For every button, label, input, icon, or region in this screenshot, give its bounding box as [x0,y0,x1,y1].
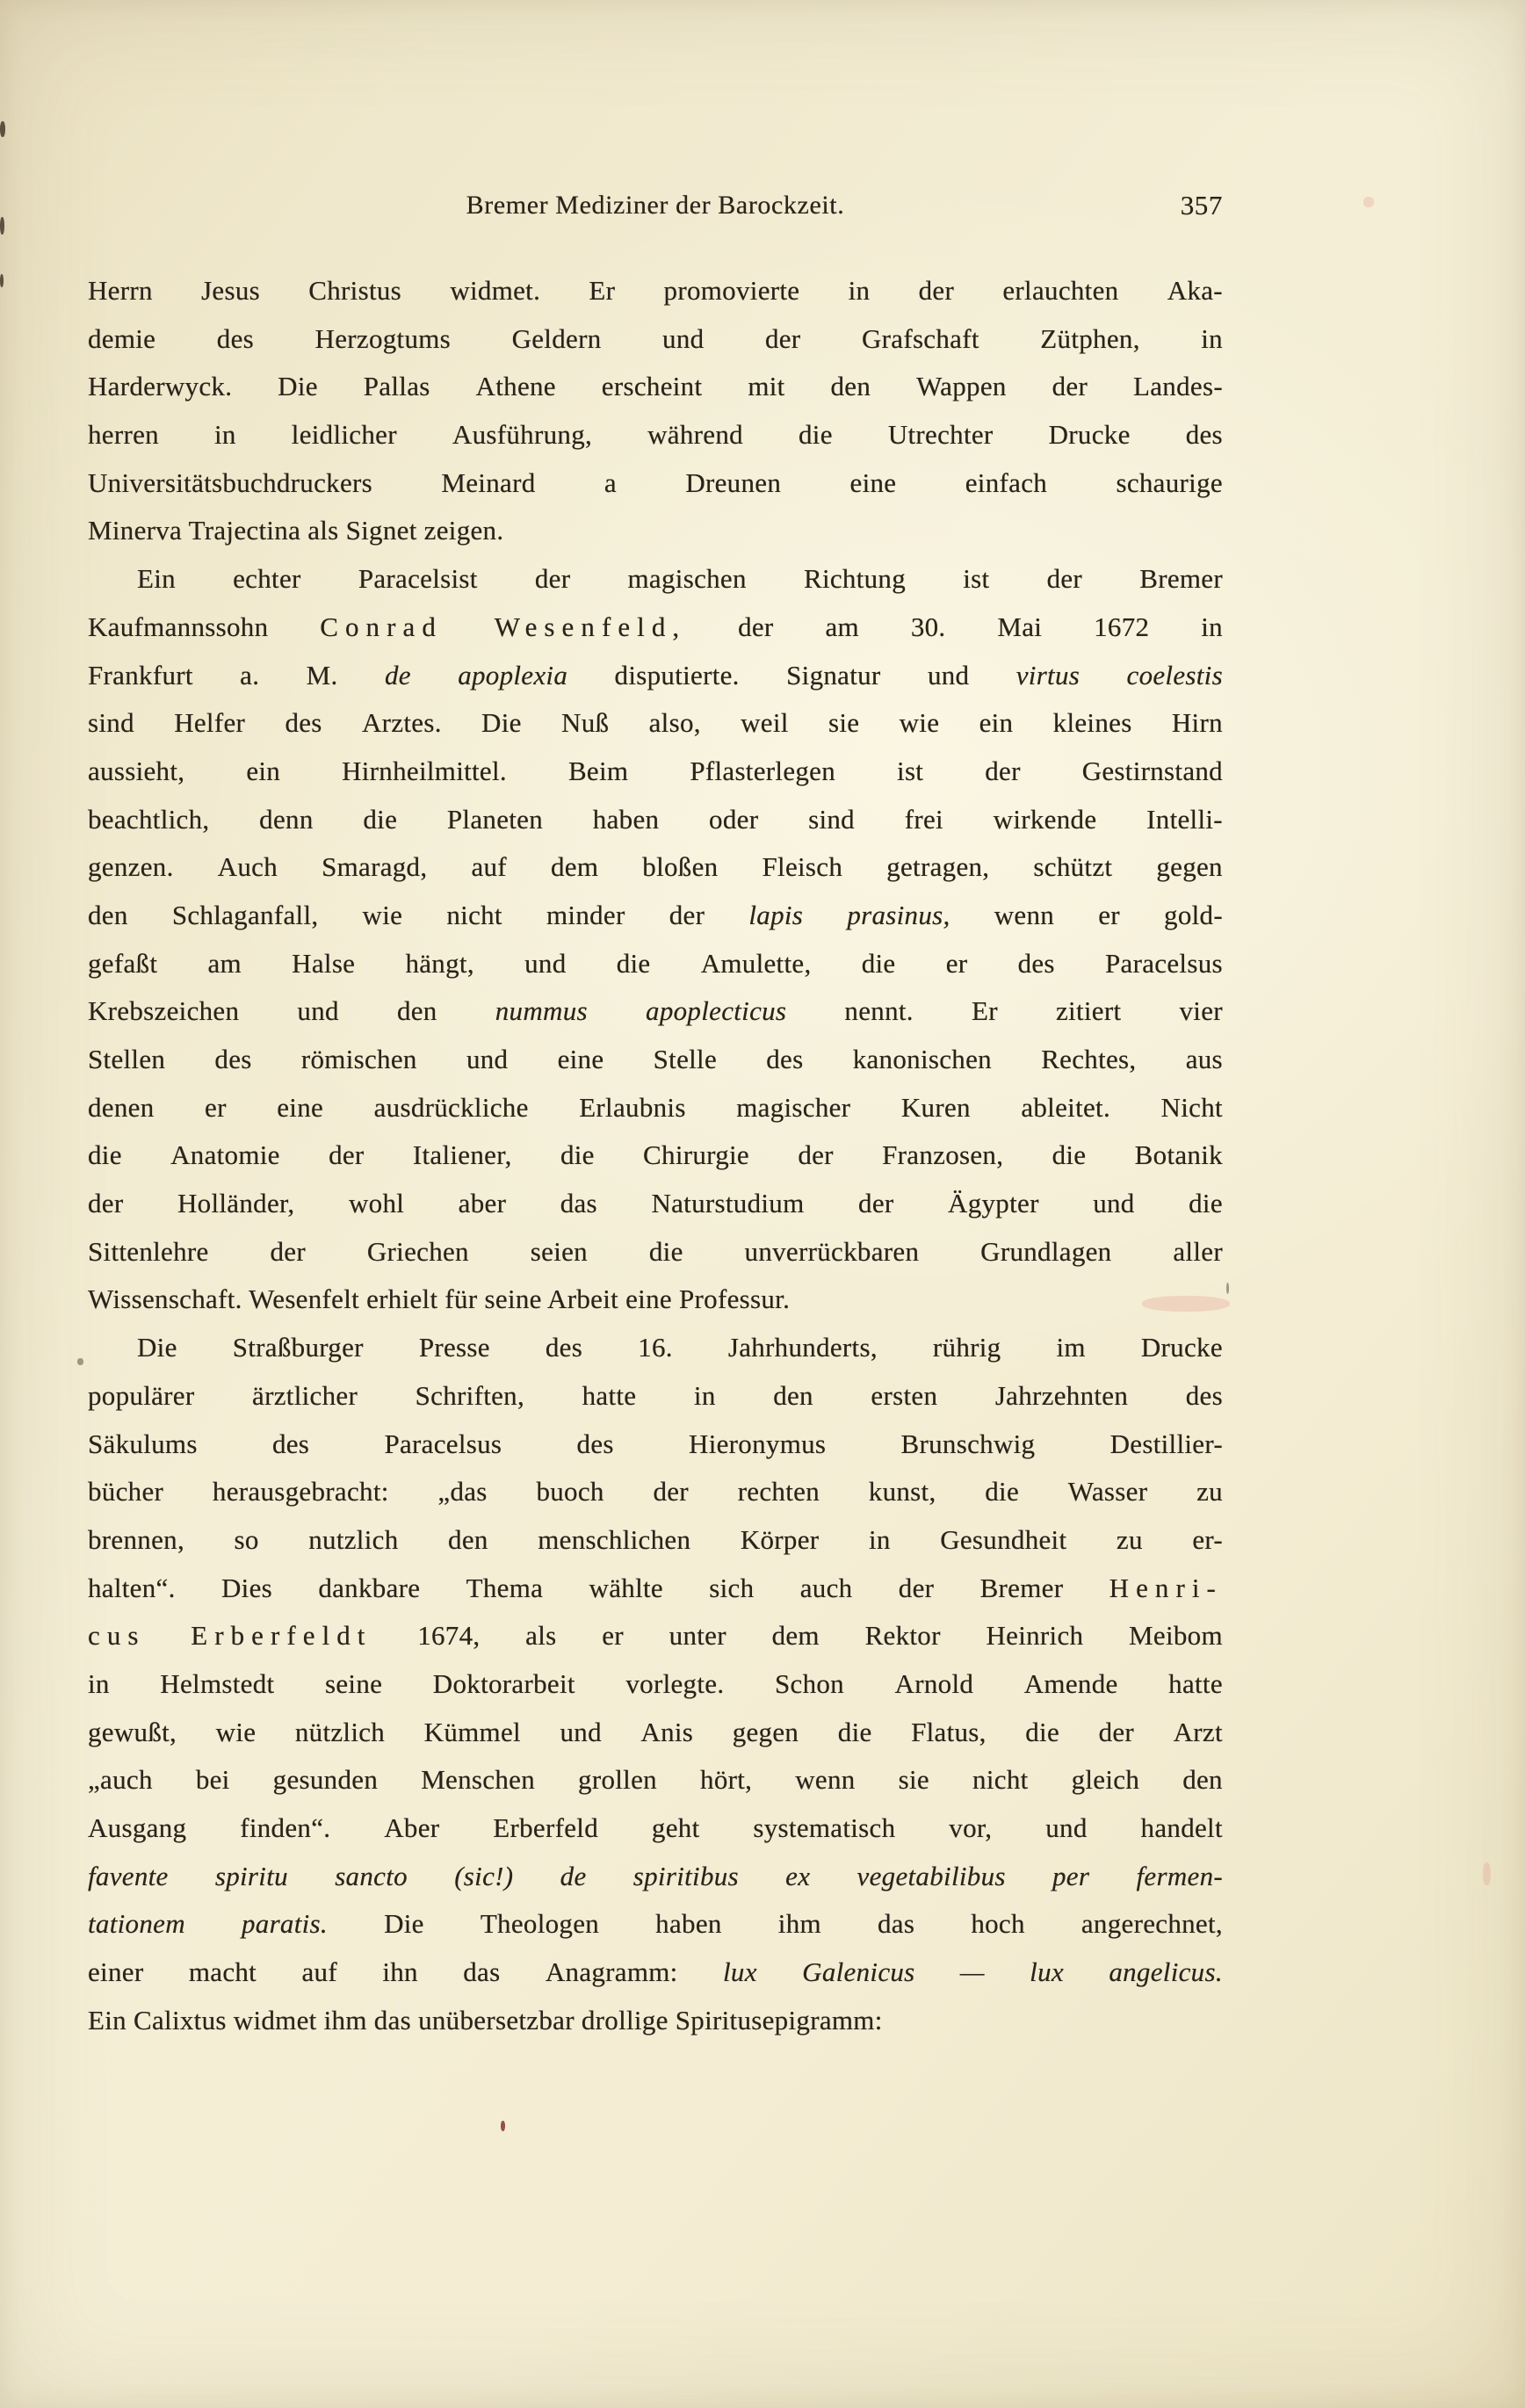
word: der [798,1132,833,1180]
word: kunst, [869,1468,936,1516]
word: der [88,1180,123,1228]
word: per [1052,1853,1089,1901]
word: Pflasterlegen [690,748,835,796]
word: Erlaubnis [579,1084,686,1132]
word: des [577,1421,614,1469]
text-line: aussieht,einHirnheilmittel.BeimPflasterl… [88,748,1223,796]
word: Flatus, [911,1709,987,1757]
word: handelt [1141,1804,1223,1853]
book-page: Bremer Mediziner der Barockzeit. 357 Her… [0,0,1525,2408]
word: Rechtes, [1041,1036,1136,1084]
word: magischen [628,555,747,604]
text-line: SäkulumsdesParacelsusdesHieronymusBrunsc… [88,1421,1223,1469]
word: geht [652,1804,700,1853]
word: Aber [384,1804,439,1853]
word: die [862,940,896,988]
word: die [88,1132,122,1180]
text-segment: Wissenschaft. Wesenfelt erhielt für sein… [88,1284,790,1314]
word: Theologen [481,1900,599,1949]
word: Halse [292,940,355,988]
word: ersten [871,1372,937,1421]
word: in [849,267,871,315]
word: sancto [335,1853,408,1901]
word: dem [772,1612,820,1660]
word: Er [589,267,615,315]
word: nutzlich [308,1516,398,1565]
word: grollen [578,1756,657,1804]
word: der [270,1228,305,1276]
word: Amulette, [701,940,812,988]
word: Helmstedt [160,1660,274,1709]
text-line: faventespiritusancto(sic!)despiritibusex… [88,1853,1223,1901]
text-line: tationemparatis.DieTheologenhabenihmdash… [88,1900,1223,1949]
word: das [560,1180,597,1228]
word: Meibom [1129,1612,1223,1660]
word: dankbare [318,1565,420,1613]
word: so [235,1516,259,1565]
text-line: populärerärztlicherSchriften,hatteindene… [88,1372,1223,1421]
word: ausdrückliche [374,1084,529,1132]
word: „das [437,1468,487,1516]
word: gesunden [273,1756,378,1804]
word: Schlaganfall, [172,892,319,940]
word: einfach [965,459,1047,508]
word: und [524,940,566,988]
word: (sic!) [454,1853,513,1901]
word: schaurige [1116,459,1222,508]
paragraph: DieStraßburgerPressedes16.Jahrhunderts,r… [88,1324,1223,2044]
word: er [946,940,968,988]
word: römischen [301,1036,417,1084]
word: des [285,699,322,748]
text-line: cusErberfeldt1674,alserunterdemRektorHei… [88,1612,1223,1660]
text-line: brennen,sonutzlichdenmenschlichenKörperi… [88,1516,1223,1565]
word: den [830,363,871,411]
text-line: gewußt,wienützlichKümmelundAnisgegendieF… [88,1709,1223,1757]
word: und [928,652,969,700]
word: prasinus, [847,892,950,940]
word: aus [1186,1036,1223,1084]
word: hatte [582,1372,637,1421]
word: hoch [971,1900,1024,1949]
scan-speck-left-3 [0,274,4,287]
word: Naturstudium [651,1180,804,1228]
word: Paracelsus [1105,940,1223,988]
page-number: 357 [1181,186,1223,225]
word: — [960,1949,985,1997]
word: Die [278,363,318,411]
word: die [617,940,651,988]
word: angelicus. [1109,1949,1223,1997]
pink-smudge-2 [1363,197,1374,207]
word: ableitet. [1021,1084,1110,1132]
word: der [738,604,773,652]
word: Arnold [895,1660,974,1709]
word: rechten [738,1468,820,1516]
word: Anis [640,1709,693,1757]
word: und [1093,1180,1134,1228]
word: des [214,1036,251,1084]
word: Christus [308,267,401,315]
stray-tick-right-margin [1226,1283,1229,1294]
word: 1672 [1094,604,1149,652]
word: die [838,1709,872,1757]
word: gewußt, [88,1709,177,1757]
word: Signatur [786,652,880,700]
text-line: „auchbeigesundenMenschengrollenhört,wenn… [88,1756,1223,1804]
word: beachtlich, [88,796,209,844]
word: gold- [1164,892,1223,940]
word: Wasser [1068,1468,1148,1516]
word: aber [459,1180,507,1228]
word: ex [785,1853,810,1901]
text-line: KaufmannssohnConradWesenfeld,deram30.Mai… [88,604,1223,652]
word: in [694,1372,716,1421]
word: einer [88,1949,143,1997]
word: populärer [88,1372,194,1421]
word: Menschen [421,1756,535,1804]
word: Ägypter [948,1180,1039,1228]
word: das [463,1949,500,1997]
word: gegen [733,1709,799,1757]
word: paratis. [242,1900,328,1949]
word: Ausgang [88,1804,186,1853]
word: sie [899,1756,929,1804]
text-line: bücherherausgebracht:„dasbuochderrechten… [88,1468,1223,1516]
word: Jesus [201,267,260,315]
word: den [88,892,128,940]
word: also, [649,699,701,748]
word: sind [88,699,134,748]
word: der [985,748,1020,796]
word: haben [655,1900,722,1949]
text-line: herreninleidlicherAusführung,währenddieU… [88,411,1223,459]
word: Conrad [320,604,443,652]
word: Krebszeichen [88,987,239,1036]
word: Schriften, [416,1372,524,1421]
word: Jahrhunderts, [728,1324,878,1372]
word: bücher [88,1468,163,1516]
word: leidlicher [292,411,397,459]
word: der [858,1180,893,1228]
text-line: einermachtaufihndasAnagramm:luxGalenicus… [88,1949,1223,1997]
word: Dies [221,1565,272,1613]
red-fleck-bottom [501,2121,505,2131]
word: finden“. [240,1804,330,1853]
word: herausgebracht: [213,1468,389,1516]
word: und [297,987,338,1036]
word: den [1182,1756,1223,1804]
word: des [272,1421,309,1469]
word: sind [808,796,855,844]
word: die [1052,1132,1087,1180]
word: des [766,1036,803,1084]
word: des [217,315,254,364]
word: wenn [795,1756,855,1804]
word: und [466,1036,508,1084]
word: vier [1180,987,1223,1036]
word: auf [471,843,506,892]
word: cus [88,1612,146,1660]
word: ihn [382,1949,418,1997]
ink-dot-before-paragraph [77,1358,83,1365]
word: Geldern [512,315,602,364]
text-line: Frankfurta.M.deapoplexiadisputierte.Sign… [88,652,1223,700]
word: Säkulums [88,1421,198,1469]
word: Gesundheit [940,1516,1066,1565]
word: Planeten [447,796,543,844]
word: in [1201,604,1223,652]
text-line: StellendesrömischenundeineStelledeskanon… [88,1036,1223,1084]
word: nützlich [295,1709,385,1757]
word: halten“. [88,1565,176,1613]
word: Bremer [980,1565,1064,1613]
word: unter [669,1612,726,1660]
word: Franzosen, [882,1132,1003,1180]
word: Die [137,1324,177,1372]
word: Kuren [901,1084,971,1132]
word: in [88,1660,110,1709]
word: lux [1030,1949,1064,1997]
word: 1674, [417,1612,480,1660]
word: zitiert [1056,987,1121,1036]
text-line: Minerva Trajectina als Signet zeigen. [88,507,1223,555]
page-header: Bremer Mediziner der Barockzeit. 357 [88,186,1223,225]
word: Helfer [174,699,245,748]
text-line: denSchlaganfall,wienichtminderderlapispr… [88,892,1223,940]
word: mit [748,363,784,411]
word: wie [363,892,403,940]
word: der [919,267,954,315]
word: Harderwyck. [88,363,232,411]
word: Destillier- [1110,1421,1223,1469]
word: die [799,411,833,459]
word: Smaragd, [322,843,427,892]
word: gleich [1072,1756,1140,1804]
word: Botanik [1135,1132,1223,1180]
word: wirkende [994,796,1097,844]
word: Drucke [1049,411,1131,459]
word: wählte [589,1565,663,1613]
text-line: SittenlehrederGriechenseiendieunverrückb… [88,1228,1223,1276]
word: Stelle [654,1036,717,1084]
word: in [869,1516,891,1565]
word: am [207,940,241,988]
text-line: Krebszeichenunddennummusapoplecticusnenn… [88,987,1223,1036]
word: buoch [536,1468,603,1516]
text-line: EinechterParacelsistdermagischenRichtung… [88,555,1223,604]
word: vor, [949,1804,992,1853]
pink-smudge-1 [1142,1296,1230,1312]
word: und [1045,1804,1087,1853]
text-segment: Minerva Trajectina als Signet zeigen. [88,515,503,546]
word: ist [963,555,989,604]
word: Galenicus [802,1949,914,1997]
word: Mai [997,604,1042,652]
word: Straßburger [233,1324,364,1372]
word: Wappen [916,363,1007,411]
word: lux [723,1949,757,1997]
word: auf [301,1949,336,1997]
word: nicht [446,892,502,940]
word: M. [307,652,338,700]
word: spiritu [215,1853,288,1901]
word: am [825,604,858,652]
word: eine [558,1036,604,1084]
word: Italiener, [413,1132,512,1180]
word: des [546,1324,582,1372]
word: Erberfeldt [191,1612,372,1660]
word: Stellen [88,1036,165,1084]
paragraph: HerrnJesusChristuswidmet.Erpromoviertein… [88,267,1223,555]
word: herren [88,411,159,459]
word: denen [88,1084,155,1132]
word: coelestis [1127,652,1223,700]
text-line: derHolländer,wohlaberdasNaturstudiumderÄ… [88,1180,1223,1228]
word: die [1025,1709,1059,1757]
word: eine [277,1084,323,1132]
word: de [560,1853,587,1901]
word: seine [325,1660,382,1709]
word: schützt [1033,843,1112,892]
word: Arzt [1174,1709,1223,1757]
text-segment: Ein Calixtus widmet ihm das unübersetzba… [88,2005,883,2036]
word: Körper [741,1516,820,1565]
text-line: gefaßtamHalsehängt,unddieAmulette,dieerd… [88,940,1223,988]
word: Kümmel [424,1709,521,1757]
word: a. [240,652,259,700]
word: Anagramm: [546,1949,678,1997]
word: bei [196,1756,230,1804]
word: Jahrzehnten [995,1372,1128,1421]
word: den [773,1372,813,1421]
word: ärztlicher [252,1372,358,1421]
word: zu [1117,1516,1143,1565]
word: der [899,1565,934,1613]
word: in [1201,315,1223,364]
word: Die [481,699,522,748]
word: Sittenlehre [88,1228,209,1276]
word: echter [233,555,301,604]
word: aller [1173,1228,1223,1276]
word: brennen, [88,1516,184,1565]
word: apoplecticus [646,987,786,1036]
word: 16. [638,1324,673,1372]
word: Utrechter [888,411,994,459]
word: Pallas [364,363,430,411]
word: Paracelsist [358,555,478,604]
word: gefaßt [88,940,157,988]
word: auch [800,1565,853,1613]
word: die [560,1132,595,1180]
word: Beim [568,748,628,796]
word: der [1052,363,1088,411]
word: die [1189,1180,1223,1228]
word: den [397,987,437,1036]
text-line: Wissenschaft. Wesenfelt erhielt für sein… [88,1276,1223,1324]
word: genzen. [88,843,174,892]
word: des [1186,411,1223,459]
word: Frankfurt [88,652,193,700]
running-title: Bremer Mediziner der Barockzeit. [88,186,1223,225]
word: Grundlagen [980,1228,1111,1276]
word: Hirn [1172,699,1223,748]
word: er [602,1612,624,1660]
word: die [363,796,397,844]
word: als [525,1612,556,1660]
word: Bremer [1139,555,1223,604]
word: Heinrich [986,1612,1083,1660]
word: 30. [911,604,946,652]
word: Er [972,987,998,1036]
word: erlauchten [1002,267,1118,315]
word: haben [593,796,660,844]
word: der [669,892,705,940]
scan-speck-left-1 [0,121,5,137]
word: des [1186,1372,1223,1421]
word: angerechnet, [1081,1900,1223,1949]
word: hört, [700,1756,752,1804]
word: hängt, [405,940,473,988]
word: weil [741,699,789,748]
word: bloßen [642,843,718,892]
word: Paracelsus [384,1421,502,1469]
word: Ausführung, [452,411,592,459]
word: ein [979,699,1014,748]
paragraph: EinechterParacelsistdermagischenRichtung… [88,555,1223,1324]
word: der [1047,555,1082,604]
word: Schon [775,1660,844,1709]
word: aussieht, [88,748,184,796]
word: Drucke [1141,1324,1223,1372]
word: oder [709,796,758,844]
word: Kaufmannssohn [88,604,268,652]
word: Meinard [441,459,535,508]
word: lapis [748,892,803,940]
word: unverrückbaren [745,1228,920,1276]
word: promovierte [664,267,800,315]
word: „auch [88,1756,153,1804]
text-line: Ausgangfinden“.AberErberfeldgehtsystemat… [88,1804,1223,1853]
word: spiritibus [633,1853,739,1901]
word: kleines [1053,699,1132,748]
text-line: Harderwyck.DiePallasAtheneerscheintmitde… [88,363,1223,411]
word: der [765,315,800,364]
word: a [604,459,617,508]
word: Henri- [1109,1565,1223,1613]
word: rührig [933,1324,1001,1372]
word: macht [189,1949,257,1997]
word: Landes- [1133,363,1223,411]
text-line: DieStraßburgerPressedes16.Jahrhunderts,r… [88,1324,1223,1372]
word: Rektor [865,1612,941,1660]
word: Wesenfeld, [495,604,686,652]
word: Anatomie [170,1132,280,1180]
word: ein [246,748,280,796]
word: wie [216,1709,257,1757]
word: Ein [137,555,176,604]
word: der [535,555,570,604]
word: vorlegte. [625,1660,724,1709]
text-line: genzen.AuchSmaragd,aufdembloßenFleischge… [88,843,1223,892]
word: ihm [778,1900,821,1949]
word: Fleisch [762,843,843,892]
word: denn [259,796,313,844]
word: Presse [419,1324,490,1372]
word: und [560,1709,601,1757]
word: de [385,652,411,700]
word: er [1098,892,1120,940]
